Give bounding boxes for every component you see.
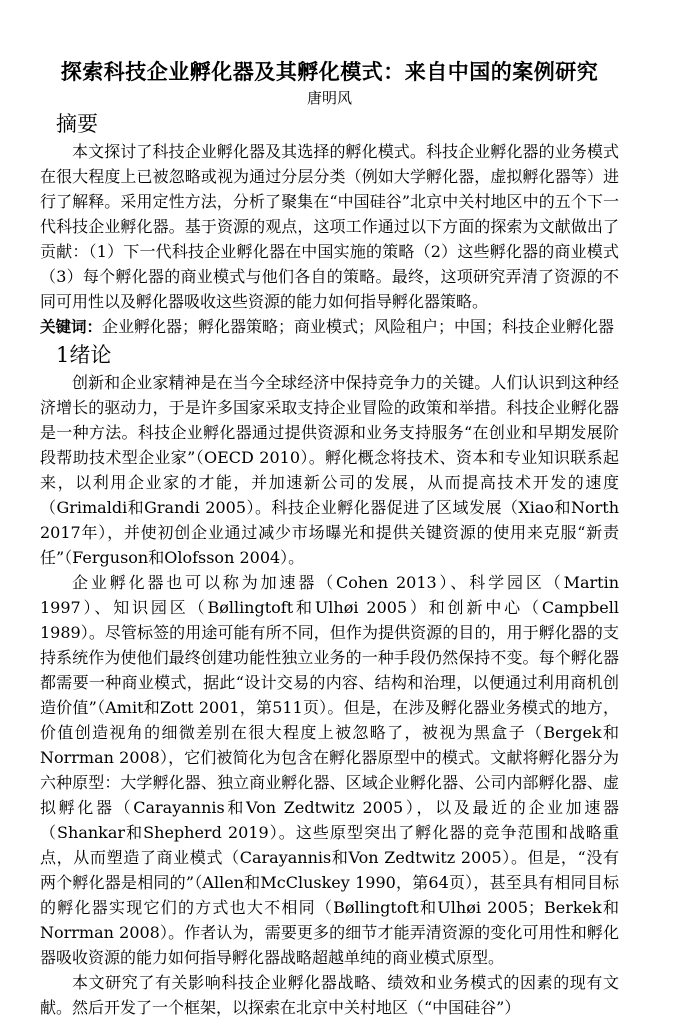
keywords-text: 企业孵化器；孵化器策略；商业模式；风险租户；中国；科技企业孵化器 [102,317,614,336]
intro-paragraph-1: 创新和企业家精神是在当今全球经济中保持竞争力的关键。人们认识到这种经济增长的驱动… [40,370,619,570]
paper-title: 探索科技企业孵化器及其孵化模式：来自中国的案例研究 [40,56,619,87]
keywords-label: 关键词： [40,318,102,336]
abstract-paragraph: 本文探讨了科技企业孵化器及其选择的孵化模式。科技企业孵化器的业务模式在很大程度上… [40,139,619,314]
intro-paragraph-2: 企业孵化器也可以称为加速器（Cohen 2013）、科学园区（Martin 19… [40,570,619,970]
paper-page: 探索科技企业孵化器及其孵化模式：来自中国的案例研究 唐明风 摘要 本文探讨了科技… [0,0,683,1036]
keywords-line: 关键词：企业孵化器；孵化器策略；商业模式；风险租户；中国；科技企业孵化器 [40,314,619,340]
abstract-heading: 摘要 [56,109,619,139]
paper-author: 唐明风 [40,87,619,109]
intro-paragraph-3: 本文研究了有关影响科技企业孵化器战略、绩效和业务模式的因素的现有文献。然后开发了… [40,970,619,1020]
introduction-heading: 1绪论 [56,340,619,370]
